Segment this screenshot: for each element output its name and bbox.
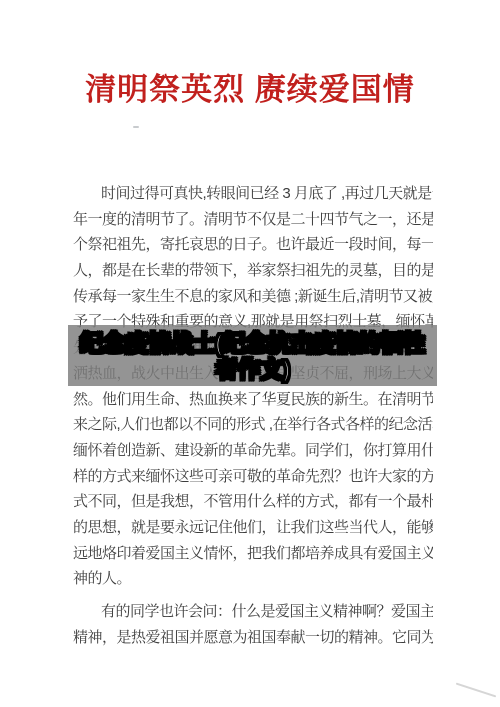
paragraph-1: 时间过得可真快,转眼间已经 3 月底了 ,再过几天就是一年一度的清明节了。清明节…: [73, 181, 433, 592]
text-line: 时间过得可真快,转眼间已经 3 月底了 ,再过几天就是一: [73, 181, 433, 207]
text-line: 人，都是在长辈的带领下，举家祭扫祖先的灵墓，目的是在: [73, 258, 433, 284]
watermark-overlay: 纪念疫情战士(纪念抗击疫情的牺牲 者作文): [68, 325, 437, 386]
text-line: 然。他们用生命、热血换来了华夏民族的新生。在清明节到: [73, 387, 433, 413]
article-title: 清明祭英烈 赓续爱国情: [0, 64, 500, 109]
text-line: 个祭祀祖先，寄托哀思的日子。也许最近一段时间，每一家: [73, 232, 433, 258]
text-line: 年一度的清明节了。清明节不仅是二十四节气之一，还是一: [73, 207, 433, 233]
text-line: 精神，是热爱祖国并愿意为祖国奉献一切的精神。它同为国: [73, 625, 433, 651]
text-line: 有的同学也许会问：什么是爱国主义精神啊？爱国主义: [73, 599, 433, 625]
paragraph-2: 有的同学也许会问：什么是爱国主义精神啊？爱国主义精神，是热爱祖国并愿意为祖国奉献…: [73, 599, 433, 650]
text-line: 缅怀着创造新、建设新的革命先辈。同学们，你打算用什么: [73, 438, 433, 464]
ink-smudge: [133, 126, 139, 128]
text-line: 远地烙印着爱国主义情怀，把我们都培养成具有爱国主义精: [73, 541, 433, 567]
watermark-title-line-2: 者作文): [215, 356, 290, 382]
document-page: 清明祭英烈 赓续爱国情 时间过得可真快,转眼间已经 3 月底了 ,再过几天就是一…: [0, 0, 500, 707]
corner-scratch: [456, 683, 497, 698]
text-line: 神的人。: [73, 566, 433, 592]
text-line: 样的方式来缅怀这些可亲可敬的革命先烈？也许大家的方: [73, 464, 433, 490]
text-line: 来之际,人们也都以不同的形式 ,在举行各式各样的纪念活动，: [73, 412, 433, 438]
text-line: 传承每一家生生不息的家风和美德 ;新诞生后,清明节又被赋: [73, 284, 433, 310]
text-line: 式不同，但是我想，不管用什么样的方式，都有一个最朴素: [73, 489, 433, 515]
watermark-title-line-1: 纪念疫情战士(纪念抗击疫情的牺牲: [80, 330, 425, 356]
text-line: 的思想，就是要永远记住他们，让我们这些当代人，能够永: [73, 515, 433, 541]
article-body: 时间过得可真快,转眼间已经 3 月底了 ,再过几天就是一年一度的清明节了。清明节…: [73, 181, 433, 650]
